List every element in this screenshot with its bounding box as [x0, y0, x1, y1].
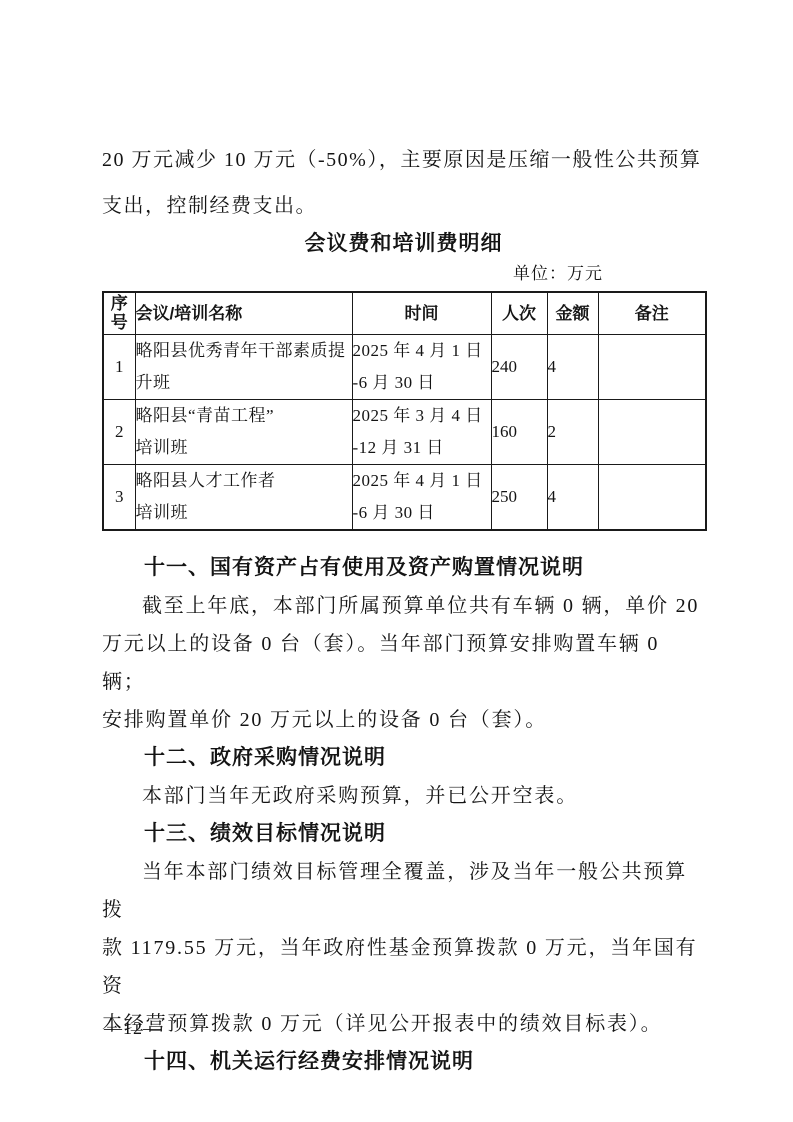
cell-time-line: -12 月 31 日 [353, 432, 491, 464]
col-header-attendance: 人次 [491, 292, 547, 334]
cell-time-line: -6 月 30 日 [353, 367, 491, 399]
cell-remark [598, 464, 706, 530]
cell-time: 2025 年 4 月 1 日 -6 月 30 日 [352, 334, 491, 399]
cell-amount: 2 [547, 399, 598, 464]
cell-amount: 4 [547, 334, 598, 399]
section-13-heading: 十三、绩效目标情况说明 [102, 815, 705, 853]
section-13-line-2: 款 1179.55 万元，当年政府性基金预算拨款 0 万元，当年国有资 [102, 929, 705, 1005]
col-header-name: 会议/培训名称 [135, 292, 352, 334]
section-11-heading: 十一、国有资产占有使用及资产购置情况说明 [102, 549, 705, 587]
table-row: 1 略阳县优秀青年干部素质提 升班 2025 年 4 月 1 日 -6 月 30… [103, 334, 706, 399]
cell-name-line: 升班 [136, 367, 352, 399]
cell-remark [598, 334, 706, 399]
cell-no: 1 [103, 334, 135, 399]
section-11-line-3: 安排购置单价 20 万元以上的设备 0 台（套）。 [102, 701, 705, 739]
col-header-no: 序号 [103, 292, 135, 334]
cell-no: 3 [103, 464, 135, 530]
col-header-time: 时间 [352, 292, 491, 334]
section-13-line-3: 本经营预算拨款 0 万元（详见公开报表中的绩效目标表）。 [102, 1005, 705, 1043]
cell-time: 2025 年 3 月 4 日 -12 月 31 日 [352, 399, 491, 464]
section-12: 十二、政府采购情况说明 本部门当年无政府采购预算，并已公开空表。 [102, 739, 705, 815]
cell-time-line: 2025 年 3 月 4 日 [353, 400, 491, 432]
unit-note: 单位：万元 [102, 262, 705, 286]
table-row: 2 略阳县“青苗工程” 培训班 2025 年 3 月 4 日 -12 月 31 … [103, 399, 706, 464]
cell-amount: 4 [547, 464, 598, 530]
intro-line-1: 20 万元减少 10 万元（-50%），主要原因是压缩一般性公共预算 [102, 137, 705, 183]
intro-line-2: 支出，控制经费支出。 [102, 183, 705, 229]
section-12-heading: 十二、政府采购情况说明 [102, 739, 705, 777]
section-11: 十一、国有资产占有使用及资产购置情况说明 截至上年底，本部门所属预算单位共有车辆… [102, 549, 705, 739]
cell-time-line: 2025 年 4 月 1 日 [353, 335, 491, 367]
cell-name: 略阳县优秀青年干部素质提 升班 [135, 334, 352, 399]
cell-name-line: 略阳县人才工作者 [136, 465, 352, 497]
page-number: —12— [104, 1016, 162, 1040]
section-14: 十四、机关运行经费安排情况说明 [102, 1043, 705, 1081]
table-header-row: 序号 会议/培训名称 时间 人次 金额 备注 [103, 292, 706, 334]
section-11-line-1: 截至上年底，本部门所属预算单位共有车辆 0 辆，单价 20 [102, 587, 705, 625]
cell-name: 略阳县“青苗工程” 培训班 [135, 399, 352, 464]
cell-remark [598, 399, 706, 464]
section-14-heading: 十四、机关运行经费安排情况说明 [102, 1043, 705, 1081]
page-content: 20 万元减少 10 万元（-50%），主要原因是压缩一般性公共预算 支出，控制… [102, 0, 705, 1081]
cell-attendance: 250 [491, 464, 547, 530]
cell-name-line: 培训班 [136, 497, 352, 529]
intro-paragraph: 20 万元减少 10 万元（-50%），主要原因是压缩一般性公共预算 支出，控制… [102, 0, 705, 229]
table-title: 会议费和培训费明细 [102, 229, 705, 259]
cell-name-line: 略阳县优秀青年干部素质提 [136, 335, 352, 367]
col-header-remark: 备注 [598, 292, 706, 334]
table-row: 3 略阳县人才工作者 培训班 2025 年 4 月 1 日 -6 月 30 日 … [103, 464, 706, 530]
meetings-training-table: 序号 会议/培训名称 时间 人次 金额 备注 1 略阳县优秀青年干部素质提 升班 [102, 291, 707, 531]
col-header-amount: 金额 [547, 292, 598, 334]
document-page: 20 万元减少 10 万元（-50%），主要原因是压缩一般性公共预算 支出，控制… [0, 0, 793, 1122]
section-13-line-1: 当年本部门绩效目标管理全覆盖，涉及当年一般公共预算拨 [102, 853, 705, 929]
section-12-line-1: 本部门当年无政府采购预算，并已公开空表。 [102, 777, 705, 815]
cell-time: 2025 年 4 月 1 日 -6 月 30 日 [352, 464, 491, 530]
section-11-line-2: 万元以上的设备 0 台（套）。当年部门预算安排购置车辆 0 辆； [102, 625, 705, 701]
section-13: 十三、绩效目标情况说明 当年本部门绩效目标管理全覆盖，涉及当年一般公共预算拨 款… [102, 815, 705, 1043]
cell-name-line: 培训班 [136, 432, 352, 464]
cell-time-line: -6 月 30 日 [353, 497, 491, 529]
cell-attendance: 160 [491, 399, 547, 464]
cell-time-line: 2025 年 4 月 1 日 [353, 465, 491, 497]
cell-no: 2 [103, 399, 135, 464]
sections: 十一、国有资产占有使用及资产购置情况说明 截至上年底，本部门所属预算单位共有车辆… [102, 549, 705, 1081]
cell-attendance: 240 [491, 334, 547, 399]
cell-name-line: 略阳县“青苗工程” [136, 400, 352, 432]
cell-name: 略阳县人才工作者 培训班 [135, 464, 352, 530]
